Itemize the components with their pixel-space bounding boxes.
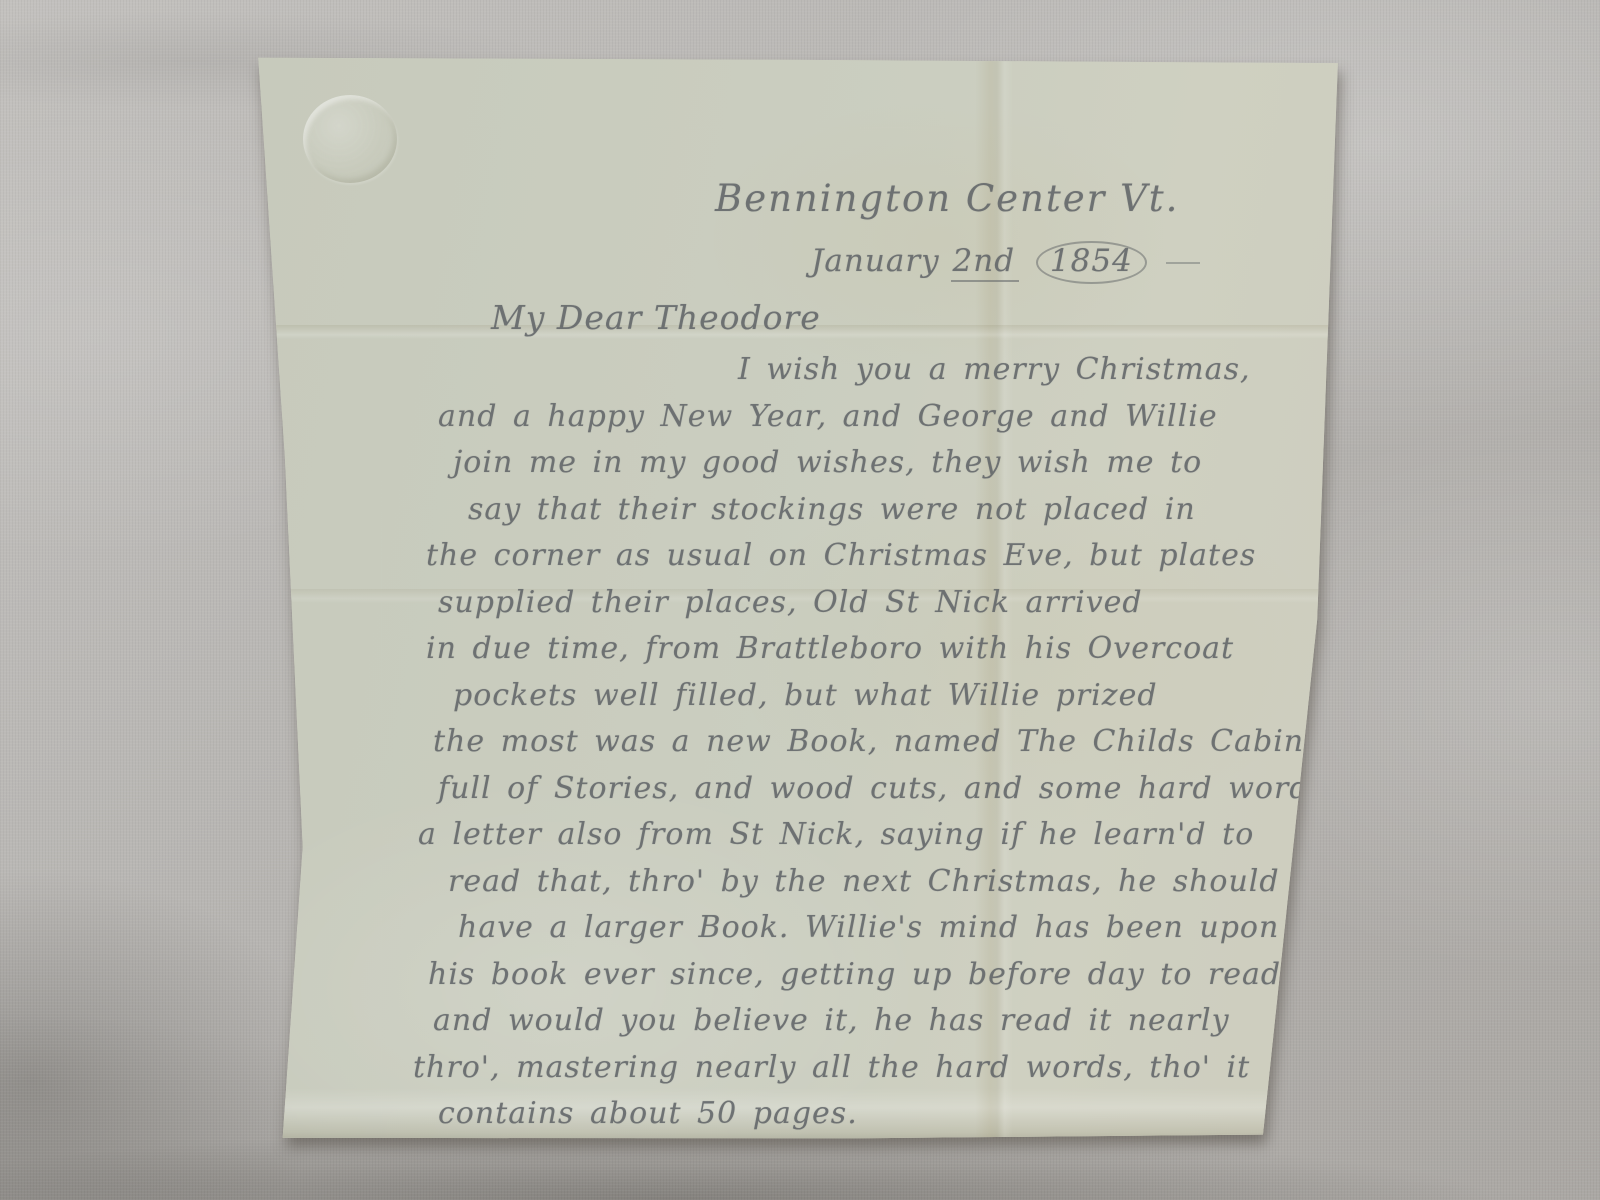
fabric-background: Bennington Center Vt. January 2nd 1854 M… xyxy=(0,0,1600,1200)
letter-line: full of Stories, and wood cuts, and some… xyxy=(438,771,1340,818)
letter-body: I wish you a merry Christmas,and a happy… xyxy=(255,352,1340,1143)
letter-line: thro', mastering nearly all the hard wor… xyxy=(413,1050,1340,1097)
letter-line: I wish you a merry Christmas, xyxy=(738,352,1340,399)
letter-line: a letter also from St Nick, saying if he… xyxy=(418,817,1340,864)
letter-line: read that, thro' by the next Christmas, … xyxy=(448,864,1340,911)
pen-stroke xyxy=(1166,262,1200,264)
letter-line: pockets well filled, but what Willie pri… xyxy=(453,678,1340,725)
date-month: January xyxy=(811,243,940,279)
letter-line: supplied their places, Old St Nick arriv… xyxy=(438,585,1340,632)
date-year-circled: 1854 xyxy=(1036,241,1147,284)
letter-line: contains about 50 pages. xyxy=(438,1096,1340,1143)
letter-line: have a larger Book. Willie's mind has be… xyxy=(458,910,1340,957)
letter-paper-wrap: Bennington Center Vt. January 2nd 1854 M… xyxy=(255,55,1340,1140)
letter-line: and would you believe it, he has read it… xyxy=(433,1003,1340,1050)
letter-line: the corner as usual on Christmas Eve, bu… xyxy=(426,538,1340,585)
letter-paper: Bennington Center Vt. January 2nd 1854 M… xyxy=(255,55,1340,1140)
letter-line: his book ever since, getting up before d… xyxy=(428,957,1340,1004)
letter-line: the most was a new Book, named The Child… xyxy=(433,724,1340,771)
letter-line: in due time, from Brattleboro with his O… xyxy=(426,631,1340,678)
letter-heading-date: January 2nd 1854 xyxy=(811,241,1200,284)
date-day: 2nd xyxy=(951,243,1020,282)
letter-line: and a happy New Year, and George and Wil… xyxy=(438,399,1340,446)
letter-salutation: My Dear Theodore xyxy=(491,298,821,337)
letter-line: join me in my good wishes, they wish me … xyxy=(453,445,1340,492)
embossed-seal-icon xyxy=(303,95,397,183)
letter-line: say that their stockings were not placed… xyxy=(468,492,1340,539)
letter-heading-place: Bennington Center Vt. xyxy=(715,177,1179,220)
